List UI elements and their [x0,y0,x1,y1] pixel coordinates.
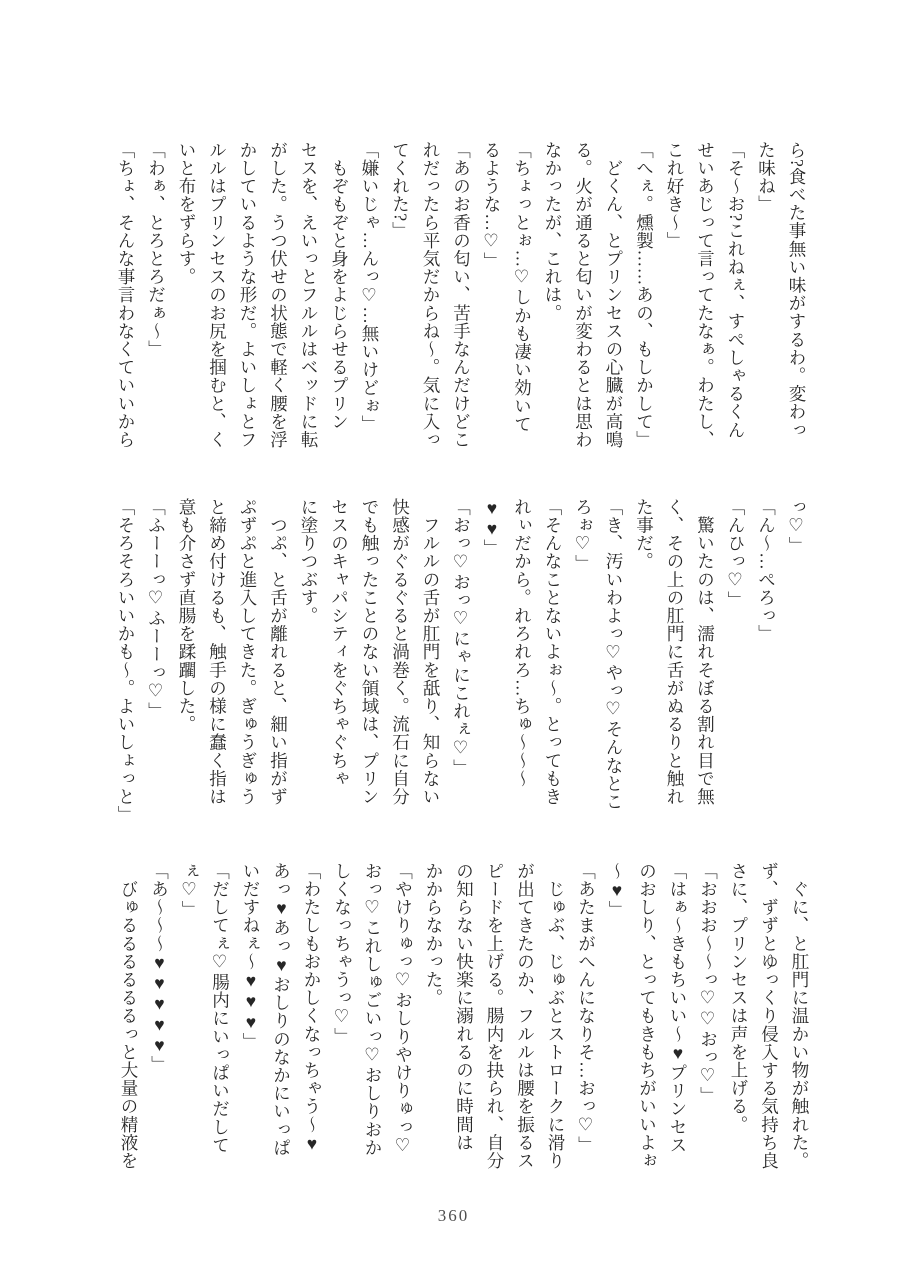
text-column: ぷずぷと進入してきた。ぎゅうぎゅう [233,498,264,810]
text-column: 「あのお香の匂い、苦手なんだけどこ [446,141,477,453]
text-column: 「はぁ〜きもちいい〜♥プリンセス [663,862,694,1186]
text-column: おっ♡これしゅごいっ♡おしりおか [358,862,389,1186]
book-page: { "page": { "number": "360", "bands": [ … [0,0,907,1280]
text-column: が出てきたのか、フルルは腰を振るス [510,862,541,1186]
text-column: 「へぇ。燻製……あの、もしかして」 [629,141,660,453]
text-column: いだすねぇ〜♥♥♥」 [236,862,267,1186]
text-band-top: ら?食べた事無い味がするわ。変わった味ね」「そ〜お?これねぇ、すぺしゃるくんせい… [111,141,813,453]
text-column: るような…♡」 [477,141,508,453]
text-column: く、その上の肛門に舌がぬるりと触れ [660,498,691,810]
text-column: ♥♥」 [477,498,508,810]
text-column: 「おっ♡おっ♡にゃにこれぇ♡」 [446,498,477,810]
text-column: ろぉ♡」 [568,498,599,810]
text-column: 〜♥」 [602,862,633,1186]
text-column: 「ふーーっ♡ふーーっ♡」 [141,498,172,810]
text-column: 「あ〜〜〜♥♥♥♥♥」 [144,862,175,1186]
text-column: 「そんなことないよぉ〜。とってもき [538,498,569,810]
text-column: れだったら平気だからね〜。気に入っ [416,141,447,453]
text-column: なかったが、これは。 [538,141,569,453]
text-column: しくなっちゃうっ♡」 [327,862,358,1186]
text-column: 「き、汚いわよっ♡やっ♡そんなとこ [599,498,630,810]
text-column: あっ♥あっ♥おしりのなかにいっぱ [266,862,297,1186]
text-column: ず、ずずとゆっくり侵入する気持ち良 [754,862,785,1186]
text-column: 「嫌いじゃ…んっ♡…無いけどぉ」 [355,141,386,453]
text-column: でも触ったことのない領域は、プリン [355,498,386,810]
text-column: セスを、えいっとフルルはベッドに転 [294,141,325,453]
text-column: 「そ〜お?これねぇ、すぺしゃるくん [721,141,752,453]
text-band-bottom: ぐに、と肛門に温かい物が触れた。ず、ずずとゆっくり侵入する気持ち良さに、プリンセ… [114,862,816,1186]
text-column: かしているような形だ。よいしょとフ [233,141,264,453]
text-column: セスのキャパシティをぐちゃぐちゃ [324,498,355,810]
text-column: ぇ♡」 [175,862,206,1186]
text-column: と締め付けるも、触手の様に蠢く指は [202,498,233,810]
text-column: ピードを上げる。腸内を抉られ、自分 [480,862,511,1186]
page-number: 360 [0,1206,907,1226]
text-column: 「わたしもおかしくなっちゃう〜♥ [297,862,328,1186]
text-column: 「おおお〜〜っ♡♡おっ♡」 [693,862,724,1186]
text-column: フルルの舌が肛門を舐り、知らない [416,498,447,810]
text-column: 「ちょ、そんな事言わなくていいから [111,141,142,453]
text-column: 「ん〜…ぺろっ」 [751,498,782,810]
text-column: いと布をずらす。 [172,141,203,453]
text-column: かからなかった。 [419,862,450,1186]
text-column: がした。うつ伏せの状態で軽く腰を浮 [263,141,294,453]
text-column: もぞもぞと身をよじらせるプリン [324,141,355,453]
text-column: 「やけりゅっ♡おしりやけりゅっ♡ [388,862,419,1186]
text-column: 「あたまがへんになりそ…おっ♡」 [571,862,602,1186]
text-column: れぃだから。れろれろ…ちゅ〜〜〜 [507,498,538,810]
text-column: 「ちょっとぉ…♡しかも凄い効いて [507,141,538,453]
text-column: びゅるるるるるるっと大量の精液を [114,862,145,1186]
text-column: のおしり、とってもきもちがいいよぉ [632,862,663,1186]
text-column: さに、プリンセスは声を上げる。 [724,862,755,1186]
text-column: の知らない快楽に溺れるのに時間は [449,862,480,1186]
text-column: つぷ、と舌が離れると、細い指がず [263,498,294,810]
text-column: 意も介さず直腸を蹂躙した。 [172,498,203,810]
text-column: ら?食べた事無い味がするわ。変わっ [782,141,813,453]
text-column: る。火が通ると匂いが変わるとは思わ [568,141,599,453]
text-column: せいあじって言ってたなぁ。わたし、 [690,141,721,453]
text-column: 快感がぐるぐると渦巻く。流石に自分 [385,498,416,810]
text-column: どくん、とプリンセスの心臓が高鳴 [599,141,630,453]
text-column: 「そろそろいいかも〜。よいしょっと」 [111,498,142,810]
text-column: 「わぁ、とろとろだぁ〜」 [141,141,172,453]
text-column: っ♡」 [782,498,813,810]
text-column: これ好き〜」 [660,141,691,453]
text-column: 驚いたのは、濡れそぼる割れ目で無 [690,498,721,810]
text-column: 「んひっ♡」 [721,498,752,810]
text-column: ぐに、と肛門に温かい物が触れた。 [785,862,816,1186]
text-column: ルルはプリンセスのお尻を掴むと、く [202,141,233,453]
text-band-middle: っ♡」「ん〜…ぺろっ」「んひっ♡」 驚いたのは、濡れそぼる割れ目で無く、その上の… [111,498,813,810]
text-column: 「だしてぇ♡腸内にいっぱいだして [205,862,236,1186]
text-column: てくれた?」 [385,141,416,453]
text-column: た味ね」 [751,141,782,453]
text-column: じゅぶ、じゅぶとストロークに滑り [541,862,572,1186]
text-column: に塗りつぶす。 [294,498,325,810]
text-column: た事だ。 [629,498,660,810]
